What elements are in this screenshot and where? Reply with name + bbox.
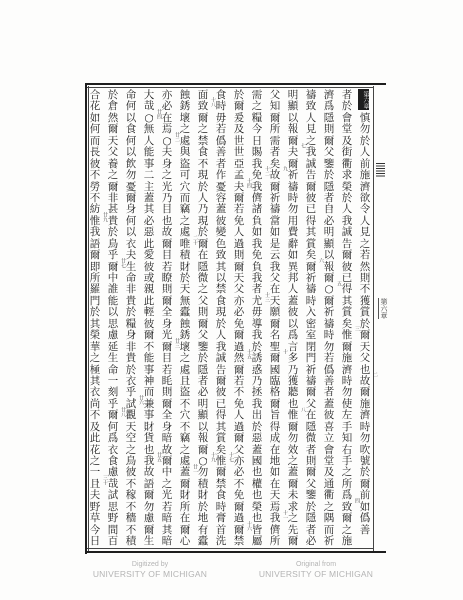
character: 禁 bbox=[230, 536, 248, 547]
character: 報 bbox=[194, 433, 212, 444]
column-text: 亦必在焉、○夫身之光、乃目也、故爾目若瞭、則爾全身光、爾目若眊、則爾全身暗、故爾… bbox=[158, 90, 176, 548]
character: 慮 bbox=[140, 513, 158, 524]
character: 則 bbox=[230, 250, 248, 261]
character: 費 bbox=[284, 227, 302, 238]
character: 如 bbox=[266, 227, 284, 238]
verse-number: 廿九 bbox=[102, 212, 107, 222]
text-column-14: 命、何以食、何以飲、勿憂爾身何以衣、夫生命非貴於糧、身非貴於衣乎、試觀天空之鳥、… bbox=[122, 90, 140, 552]
character: 竊 bbox=[176, 433, 194, 444]
verse-number: 廿五 bbox=[156, 452, 161, 462]
character: 誠 bbox=[212, 353, 230, 364]
character: 以 bbox=[122, 147, 140, 158]
character: 目 bbox=[158, 250, 176, 261]
character: 全 bbox=[158, 410, 176, 421]
character: 勿 bbox=[122, 170, 140, 181]
watermark-line1: Digitized by bbox=[90, 560, 210, 569]
column-text: 蝕銹壞之處、與盜可穴而竊之處、唯積財於天、無蠹蝕銹壞之處、且盜不穴不竊之處、蓋爾… bbox=[176, 90, 194, 548]
character: 能 bbox=[140, 147, 158, 158]
character: 穡 bbox=[122, 513, 140, 524]
text-column-4: 禱、致人見之、我誠告爾、彼已得其賞矣、爾祈禱時、入密室閉門、祈禱爾父在隱微者、則… bbox=[302, 90, 320, 552]
character: 者 bbox=[266, 147, 284, 158]
character: 見 bbox=[356, 227, 374, 238]
character: 左 bbox=[338, 410, 356, 421]
character: 惡 bbox=[140, 227, 158, 238]
character: 必 bbox=[302, 536, 320, 547]
character: 爾、 bbox=[338, 250, 356, 261]
character: 如 bbox=[248, 227, 266, 238]
character: 膏 bbox=[212, 513, 230, 524]
text-column-6: 父知爾所需者矣、故爾祈禱、當如是云、我父在天、願爾名聖、爾國臨格、爾旨得成、在地… bbox=[266, 90, 284, 552]
character: 旨 bbox=[266, 410, 284, 421]
column-text: 明顯以報爾、夫爾祈禱時、勿用費辭、如異邦人、蓋彼以爲言多乃獲聽也、惟爾勿效之、蓋… bbox=[284, 90, 302, 548]
character: 之、 bbox=[104, 170, 122, 181]
character: 隱 bbox=[302, 513, 320, 524]
character: 明 bbox=[320, 227, 338, 238]
character: 事 bbox=[140, 410, 158, 421]
character: 穴 bbox=[176, 410, 194, 421]
watermark-original-from: Original from UNIVERSITY OF MICHIGAN bbox=[256, 560, 376, 579]
watermark-digitized-by: Digitized by UNIVERSITY OF MICHIGAN bbox=[90, 560, 210, 579]
column-text: 禱、致人見之、我誠告爾、彼已得其賞矣、爾祈禱時、入密室閉門、祈禱爾父在隱微者、則… bbox=[302, 90, 320, 548]
character: 之 bbox=[158, 170, 176, 181]
character: 爾 bbox=[230, 330, 248, 341]
character: 百 bbox=[104, 536, 122, 547]
character: 街 bbox=[338, 147, 356, 158]
character: 貨 bbox=[140, 433, 158, 444]
character: 出 bbox=[248, 410, 266, 421]
character: 人、 bbox=[212, 330, 230, 341]
character: 積 bbox=[122, 536, 140, 547]
character: 人 bbox=[230, 410, 248, 421]
character: 祈 bbox=[284, 170, 302, 181]
verse-number: 廿二 bbox=[174, 132, 179, 142]
character: 地、 bbox=[194, 513, 212, 524]
column-text: 命、何以食、何以飲、勿憂爾身何以衣、夫生命非貴於糧、身非貴於衣乎、試觀天空之鳥、… bbox=[122, 90, 140, 548]
verse-number: 三 bbox=[354, 326, 359, 331]
character: 爲 bbox=[284, 330, 302, 341]
character: 爾 bbox=[230, 433, 248, 444]
verse-number: 十六 bbox=[246, 521, 251, 531]
character: 云、 bbox=[266, 250, 284, 261]
character: 心 bbox=[176, 536, 194, 547]
character: 暗、 bbox=[158, 513, 176, 524]
verse-number: 五 bbox=[336, 281, 341, 286]
character: 告 bbox=[302, 170, 320, 181]
character: 得 bbox=[212, 410, 230, 421]
character: 現 bbox=[194, 170, 212, 181]
character: 我 bbox=[86, 227, 104, 238]
character: 空 bbox=[122, 433, 140, 444]
character: 勿 bbox=[284, 433, 302, 444]
character: 致 bbox=[212, 250, 230, 261]
verse-number: 十四 bbox=[246, 178, 251, 188]
character: 食、 bbox=[194, 147, 212, 158]
character: 此 bbox=[86, 433, 104, 444]
character: 室 bbox=[302, 330, 320, 341]
character: 求 bbox=[338, 170, 356, 181]
text-column-9: 食時、毋若僞善者作憂容、蓋彼變色、致其以禁食現於人、我誠告爾、彼已得其賞矣、惟爾… bbox=[212, 90, 230, 552]
character: 之 bbox=[86, 353, 104, 364]
character: 我 bbox=[302, 147, 320, 158]
verse-number: 九 bbox=[282, 166, 287, 171]
character: 勿 bbox=[356, 433, 374, 444]
verse-number: 廿八 bbox=[120, 407, 125, 417]
column-text: 濟爲隱、則爾父鑒於隱者、自必明顯以報爾、○爾祈禱時、勿若僞善者、蓋彼喜立會堂及通… bbox=[320, 90, 338, 548]
text-column-1: 第六章 慎勿於人前施濟、欲令人見之、若然、則不獲賞於爾天父也、故爾施濟時、勿吹號… bbox=[356, 90, 374, 552]
text-block: 第六章 慎勿於人前施濟、欲令人見之、若然、則不獲賞於爾天父也、故爾施濟時、勿吹號… bbox=[86, 90, 374, 552]
verse-number: 十七 bbox=[228, 452, 233, 462]
frame-top-inner-rule bbox=[87, 87, 373, 88]
character: 父 bbox=[194, 330, 212, 341]
character: 於 bbox=[104, 227, 122, 238]
column-text: 者於會堂及街衢、求榮於人、我誠告爾、彼已得其賞矣、惟爾施濟時、勿使左手知右手之所… bbox=[338, 90, 356, 548]
character: 二 bbox=[140, 170, 158, 181]
character: 屬 bbox=[248, 536, 266, 547]
verse-number: 廿三 bbox=[174, 338, 179, 348]
character: 其 bbox=[302, 227, 320, 238]
character: 如 bbox=[284, 250, 302, 261]
verse-number: 四 bbox=[354, 498, 359, 503]
text-column-12: 亦必在焉、○夫身之光、乃目也、故爾目若瞭、則爾全身光、爾目若眊、則爾全身暗、故爾… bbox=[158, 90, 176, 552]
frame-top-rule bbox=[85, 83, 386, 85]
column-text: 大哉、○無人能事二主、蓋其必惡此愛彼、或親此輕彼、爾不能事神、而兼事財貨也、我故… bbox=[140, 90, 158, 548]
character: 目 bbox=[158, 353, 176, 364]
character: 惡、 bbox=[248, 433, 266, 444]
character: 賞 bbox=[212, 433, 230, 444]
character: 名 bbox=[266, 330, 284, 341]
text-column-8: 於爾、爰及世世、亞孟、夫爾若免人過、則爾天父亦必免爾過、然爾若不免人過、爾父亦必… bbox=[230, 90, 248, 552]
character: 暗、 bbox=[158, 433, 176, 444]
character: 父 bbox=[104, 147, 122, 158]
character: 身 bbox=[122, 330, 140, 341]
character: 爾 bbox=[266, 353, 284, 364]
character: 時、 bbox=[320, 330, 338, 341]
character: 微 bbox=[302, 433, 320, 444]
character: 立 bbox=[320, 433, 338, 444]
text-column-16: 合花、如何而長、彼不勞不紡、惟我語爾、即所羅門於其榮華之極、其衣尚不及此花之一、… bbox=[86, 90, 104, 552]
verse-number: 十八 bbox=[210, 97, 215, 107]
character: 若 bbox=[320, 353, 338, 364]
character: 所 bbox=[266, 536, 284, 547]
watermark-line2: UNIVERSITY OF MICHIGAN bbox=[90, 569, 210, 579]
column-text: 面、致爾之禁食、不現於人、乃現於爾在隱微之父、則爾父鑒於隱者、必明顯以報爾、○勿… bbox=[194, 90, 212, 548]
character: 爲 bbox=[104, 433, 122, 444]
character: 可 bbox=[176, 170, 194, 181]
text-column-13: 大哉、○無人能事二主、蓋其必惡此愛彼、或親此輕彼、爾不能事神、而兼事財貨也、我故… bbox=[140, 90, 158, 552]
character: 人 bbox=[356, 147, 374, 158]
character: 愛 bbox=[140, 250, 158, 261]
character: 施 bbox=[338, 536, 356, 547]
verse-number: 二十 bbox=[192, 235, 197, 245]
character: 誠 bbox=[338, 227, 356, 238]
watermark-line2: UNIVERSITY OF MICHIGAN bbox=[256, 569, 376, 579]
verse-number: 廿七 bbox=[120, 258, 125, 268]
character: 草、 bbox=[86, 513, 104, 524]
character: 爾 bbox=[356, 330, 374, 341]
character: 洗 bbox=[212, 536, 230, 547]
character: 父 bbox=[320, 147, 338, 158]
character: 爾 bbox=[338, 513, 356, 524]
verse-number: 十 bbox=[282, 349, 287, 354]
character: 在 bbox=[194, 250, 212, 261]
verse-number: 十九 bbox=[210, 452, 215, 462]
character: 與 bbox=[176, 147, 194, 158]
character: 濟 bbox=[356, 410, 374, 421]
verse-number: 廿一 bbox=[192, 464, 197, 474]
character: 彼 bbox=[320, 410, 338, 421]
character: 施 bbox=[356, 170, 374, 181]
verse-number: 十三 bbox=[264, 292, 269, 302]
character: 貴 bbox=[122, 353, 140, 364]
column-text: 於爾、爰及世世、亞孟、夫爾若免人過、則爾天父亦必免爾過、然爾若不免人過、爾父亦必… bbox=[230, 90, 248, 548]
verse-number: 十一 bbox=[282, 510, 287, 520]
character: 以 bbox=[122, 227, 140, 238]
character: 暗 bbox=[158, 536, 176, 547]
character: 多 bbox=[284, 353, 302, 364]
character: 作 bbox=[212, 170, 230, 181]
character: 積 bbox=[176, 250, 194, 261]
character: 變 bbox=[212, 227, 230, 238]
character: 夫 bbox=[158, 147, 176, 158]
verse-number: 八 bbox=[300, 407, 305, 412]
text-column-10: 面、致爾之禁食、不現於人、乃現於爾在隱微之父、則爾父鑒於隱者、必明顯以報爾、○勿… bbox=[194, 90, 212, 552]
chapter-heading-box: 第六章 bbox=[358, 89, 369, 110]
character: 爾、 bbox=[86, 250, 104, 261]
column-text: 需之糧、今日賜我、免我儕諸負、如我免負我者、尤毋導我於誘惑、乃拯我出於惡、蓋國也… bbox=[248, 90, 266, 548]
character: 不 bbox=[86, 170, 104, 181]
character: 榮 bbox=[86, 330, 104, 341]
character: 爾 bbox=[140, 330, 158, 341]
text-column-7: 需之糧、今日賜我、免我儕諸負、如我免負我者、尤毋導我於誘惑、乃拯我出於惡、蓋國也… bbox=[248, 90, 266, 552]
text-column-5: 明顯以報爾、夫爾祈禱時、勿用費辭、如異邦人、蓋彼以爲言多乃獲聽也、惟爾勿效之、蓋… bbox=[284, 90, 302, 552]
character: 若 bbox=[356, 250, 374, 261]
character: 顯 bbox=[194, 410, 212, 421]
character: 於 bbox=[194, 353, 212, 364]
character: 成、 bbox=[266, 433, 284, 444]
column-text: 慎勿於人前施濟、欲令人見之、若然、則不獲賞於爾天父也、故爾施濟時、勿吹號於爾前、… bbox=[356, 113, 374, 536]
verse-number: 十二 bbox=[264, 166, 269, 176]
character: 善 bbox=[212, 147, 230, 158]
column-text: 食時、毋若僞善者作憂容、蓋彼變色、致其以禁食現於人、我誠告爾、彼已得其賞矣、惟爾… bbox=[212, 90, 230, 548]
verse-number: 二 bbox=[372, 372, 377, 377]
character: 長、 bbox=[86, 147, 104, 158]
character: 免 bbox=[248, 250, 266, 261]
margin-chapter-label: 第六章 bbox=[378, 298, 388, 319]
character: 知 bbox=[338, 433, 356, 444]
character: 夫 bbox=[284, 147, 302, 158]
character: 父 bbox=[356, 353, 374, 364]
character: 惟 bbox=[338, 330, 356, 341]
character: 野 bbox=[104, 513, 122, 524]
character: 於 bbox=[320, 170, 338, 181]
character: 賜 bbox=[248, 147, 266, 158]
character: 爾 bbox=[284, 536, 302, 547]
character: 祈 bbox=[320, 536, 338, 547]
character: 僞 bbox=[356, 513, 374, 524]
text-column-3: 濟爲隱、則爾父鑒於隱者、自必明顯以報爾、○爾祈禱時、勿若僞善者、蓋彼喜立會堂及通… bbox=[320, 90, 338, 552]
verse-number: 廿四 bbox=[156, 109, 161, 119]
character: 生 bbox=[140, 536, 158, 547]
character: 我 bbox=[248, 330, 266, 341]
verse-number: 三十 bbox=[102, 475, 107, 485]
character: 慮 bbox=[104, 330, 122, 341]
text-column-11: 蝕銹壞之處、與盜可穴而竊之處、唯積財於天、無蠹蝕銹壞之處、且盜不穴不竊之處、蓋爾… bbox=[176, 90, 194, 552]
character: 隅 bbox=[320, 513, 338, 524]
character: 日 bbox=[86, 536, 104, 547]
character: 生 bbox=[104, 353, 122, 364]
verse-number: 十五 bbox=[246, 349, 251, 359]
verse-number: 七 bbox=[300, 143, 305, 148]
character: 善 bbox=[356, 525, 374, 536]
verse-number: 廿六 bbox=[138, 395, 143, 405]
character: 不 bbox=[86, 410, 104, 421]
column-text: 父知爾所需者矣、故爾祈禱、當如是云、我父在天、願爾名聖、爾國臨格、爾旨得成、在地… bbox=[266, 90, 284, 548]
watermark-line1: Original from bbox=[256, 560, 376, 569]
character: 蠹 bbox=[194, 536, 212, 547]
text-column-2: 者於會堂及街衢、求榮於人、我誠告爾、彼已得其賞矣、惟爾施濟時、勿使左手知右手之所… bbox=[338, 90, 356, 552]
character: 在、 bbox=[176, 513, 194, 524]
character: 故 bbox=[158, 227, 176, 238]
character: 之 bbox=[176, 353, 194, 364]
character: 人 bbox=[230, 227, 248, 238]
verse-number: 六 bbox=[318, 258, 323, 263]
character: 門、 bbox=[302, 353, 320, 364]
character: 施 bbox=[338, 353, 356, 364]
character: 世、 bbox=[230, 147, 248, 158]
fishtail-ornament-icon bbox=[376, 163, 385, 177]
character: 能 bbox=[140, 353, 158, 364]
